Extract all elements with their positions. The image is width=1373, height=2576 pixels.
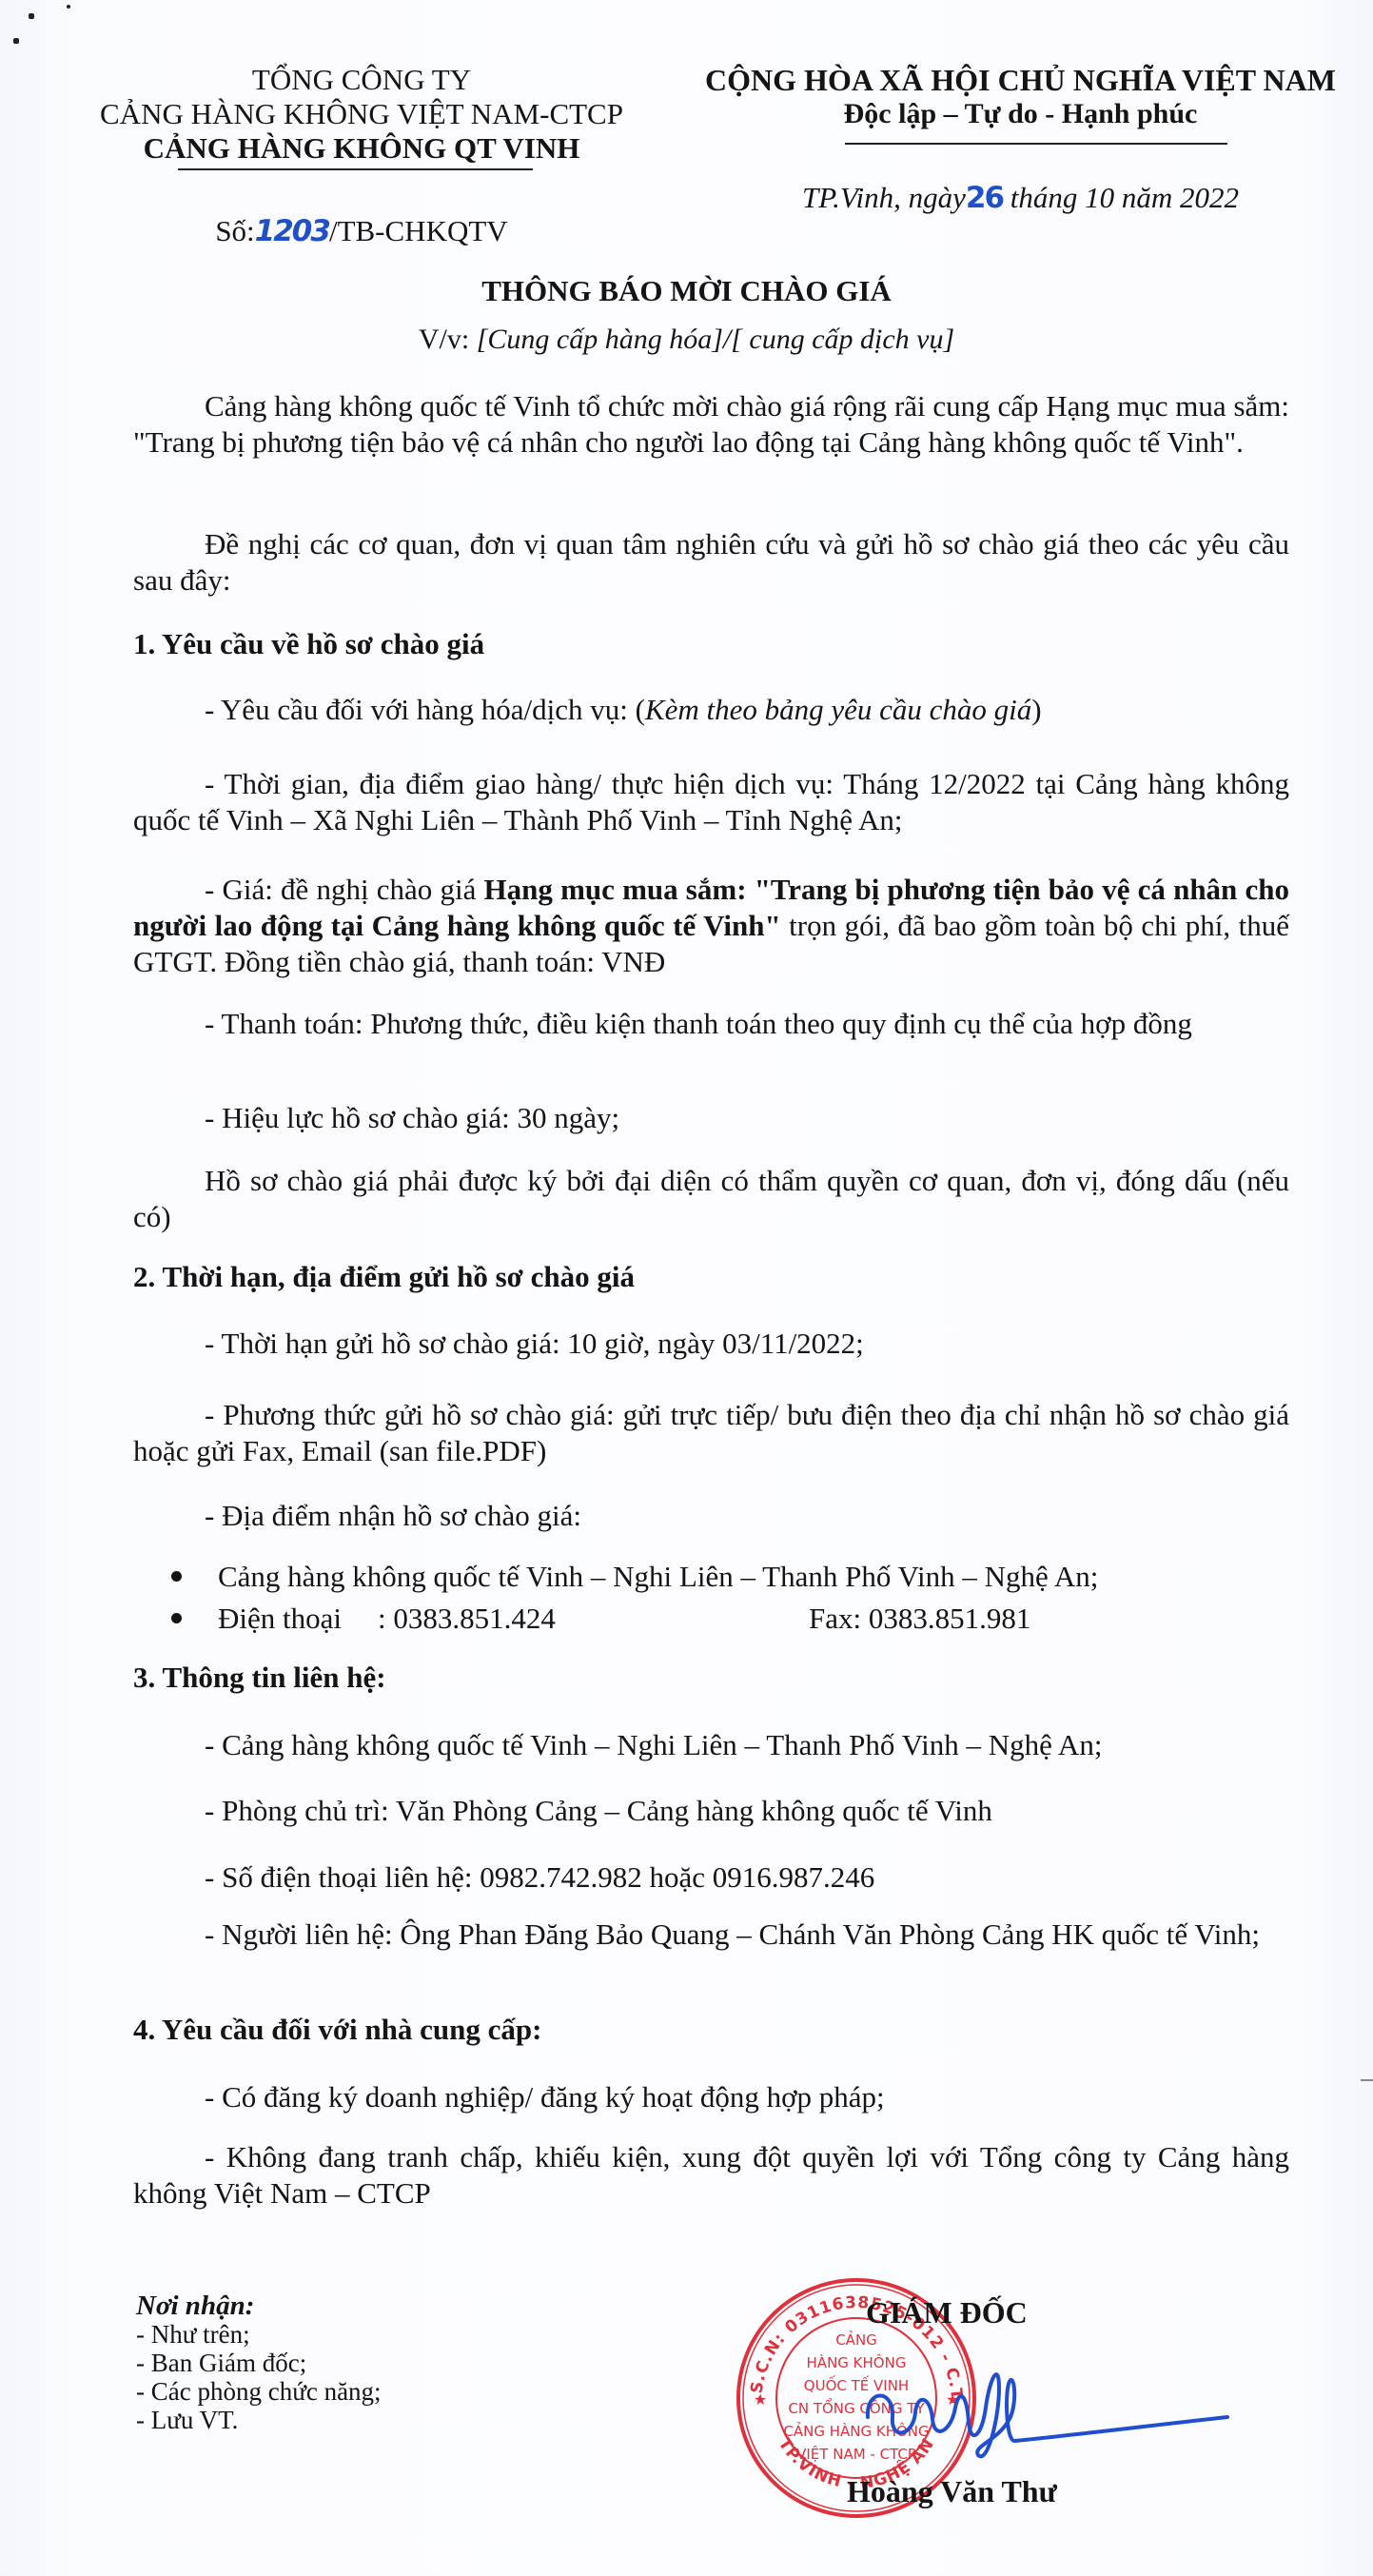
bullet-icon (171, 1571, 182, 1582)
goods-requirement-prefix: - Yêu cầu đối với hàng hóa/dịch vụ: ( (205, 693, 645, 726)
number-suffix: /TB-CHKQTV (329, 214, 508, 247)
recipient-item: - Như trên; (136, 2320, 382, 2349)
national-motto: Độc lập – Tự do - Hạnh phúc (666, 97, 1373, 131)
org-line-2: CẢNG HÀNG KHÔNG VIỆT NAM-CTCP (57, 97, 666, 131)
signature-requirement: Hồ sơ chào giá phải được ký bởi đại diện… (133, 1163, 1289, 1235)
scan-artifact (67, 5, 70, 9)
goods-requirement-note: Kèm theo bảng yêu cầu chào giá (645, 693, 1031, 726)
org-line-1: TỔNG CÔNG TY (57, 63, 666, 97)
scan-artifact (13, 38, 19, 44)
section-4-heading: 4. Yêu cầu đối với nhà cung cấp: (133, 2012, 1289, 2048)
supplier-no-dispute: - Không đang tranh chấp, khiếu kiện, xun… (133, 2139, 1289, 2212)
contact-phone: - Số điện thoại liên hệ: 0982.742.982 ho… (133, 1859, 1289, 1896)
section-3-heading: 3. Thông tin liên hệ: (133, 1660, 1289, 1696)
subject-text: [Cung cấp hàng hóa]/[ cung cấp dịch vụ] (477, 324, 954, 355)
country-name: CỘNG HÒA XÃ HỘI CHỦ NGHĨA VIỆT NAM (666, 63, 1373, 97)
request-paragraph: Đề nghị các cơ quan, đơn vị quan tâm ngh… (133, 526, 1289, 599)
recipient-item: - Lưu VT. (136, 2406, 382, 2434)
document-title: THÔNG BÁO MỜI CHÀO GIÁ (0, 274, 1373, 308)
scanned-document-page: TỔNG CÔNG TY CẢNG HÀNG KHÔNG VIỆT NAM-CT… (0, 0, 1373, 2576)
document-subject: V/v: [Cung cấp hàng hóa]/[ cung cấp dịch… (0, 324, 1373, 356)
org-line-3: CẢNG HÀNG KHÔNG QT VINH (57, 131, 666, 166)
price-prefix: - Giá: đề nghị chào giá (205, 873, 484, 906)
receiving-address: Cảng hàng không quốc tế Vinh – Nghi Liên… (218, 1560, 1098, 1593)
phone-label: Điện thoại (218, 1602, 342, 1635)
org-underline (178, 168, 533, 170)
document-date: TP.Vinh, ngày26 tháng 10 năm 2022 (666, 181, 1373, 215)
subject-prefix: V/v: (419, 324, 477, 355)
intro-paragraph: Cảng hàng không quốc tế Vinh tổ chức mời… (133, 388, 1289, 461)
goods-requirement: - Yêu cầu đối với hàng hóa/dịch vụ: (Kèm… (133, 692, 1289, 728)
goods-requirement-suffix: ) (1031, 693, 1041, 726)
recipient-item: - Các phòng chức năng; (136, 2377, 382, 2406)
phone-number: : 0383.851.424 (378, 1602, 556, 1635)
recipient-item: - Ban Giám đốc; (136, 2349, 382, 2377)
submission-method: - Phương thức gửi hồ sơ chào giá: gửi tr… (133, 1397, 1289, 1469)
scan-edge-mark (1361, 2079, 1373, 2081)
bullet-address: Cảng hàng không quốc tế Vinh – Nghi Liên… (171, 1559, 1098, 1595)
svg-text:★: ★ (754, 2390, 767, 2409)
submission-deadline: - Thời hạn gửi hồ sơ chào giá: 10 giờ, n… (133, 1326, 1289, 1362)
section-2-heading: 2. Thời hạn, địa điểm gửi hồ sơ chào giá (133, 1259, 1289, 1295)
scan-artifact (29, 13, 34, 19)
document-number: Số:1203/TB-CHKQTV (57, 214, 666, 248)
motto-underline (845, 143, 1227, 145)
section-1-heading: 1. Yêu cầu về hồ sơ chào giá (133, 626, 1289, 662)
delivery-time-location: - Thời gian, địa điểm giao hàng/ thực hi… (133, 766, 1289, 838)
signer-title: GIÁM ĐỐC (866, 2295, 1028, 2330)
date-suffix: tháng 10 năm 2022 (1003, 181, 1239, 214)
bullet-phone-fax: Điện thoại: 0383.851.424Fax: 0383.851.98… (171, 1601, 1218, 1637)
quote-validity: - Hiệu lực hồ sơ chào giá: 30 ngày; (133, 1100, 1289, 1136)
recipients-list: Nơi nhận: - Như trên; - Ban Giám đốc; - … (136, 2291, 382, 2434)
bullet-icon (171, 1613, 182, 1623)
handwritten-number: 1203 (255, 214, 329, 248)
payment-terms: - Thanh toán: Phương thức, điều kiện tha… (133, 1006, 1289, 1042)
recipients-label: Nơi nhận: (136, 2291, 382, 2320)
svg-text:CẢNG: CẢNG (835, 2330, 877, 2349)
handwritten-day: 26 (966, 181, 1003, 215)
contact-office: - Phòng chủ trì: Văn Phòng Cảng – Cảng h… (133, 1793, 1289, 1829)
national-heading: CỘNG HÒA XÃ HỘI CHỦ NGHĨA VIỆT NAM Độc l… (666, 63, 1373, 131)
submission-location: - Địa điểm nhận hồ sơ chào giá: (133, 1498, 1289, 1534)
handwritten-signature-icon (856, 2350, 1237, 2474)
contact-person: - Người liên hệ: Ông Phan Đăng Bảo Quang… (133, 1917, 1289, 1953)
number-prefix: Số: (215, 214, 254, 247)
date-prefix: TP.Vinh, ngày (802, 181, 966, 214)
contact-address: - Cảng hàng không quốc tế Vinh – Nghi Li… (133, 1727, 1289, 1763)
fax-number: Fax: 0383.851.981 (809, 1601, 1030, 1637)
signer-name: Hoàng Văn Thư (847, 2474, 1057, 2509)
price-requirement: - Giá: đề nghị chào giá Hạng mục mua sắm… (133, 872, 1289, 980)
supplier-registration: - Có đăng ký doanh nghiệp/ đăng ký hoạt … (133, 2079, 1289, 2115)
issuing-organization: TỔNG CÔNG TY CẢNG HÀNG KHÔNG VIỆT NAM-CT… (57, 63, 666, 166)
